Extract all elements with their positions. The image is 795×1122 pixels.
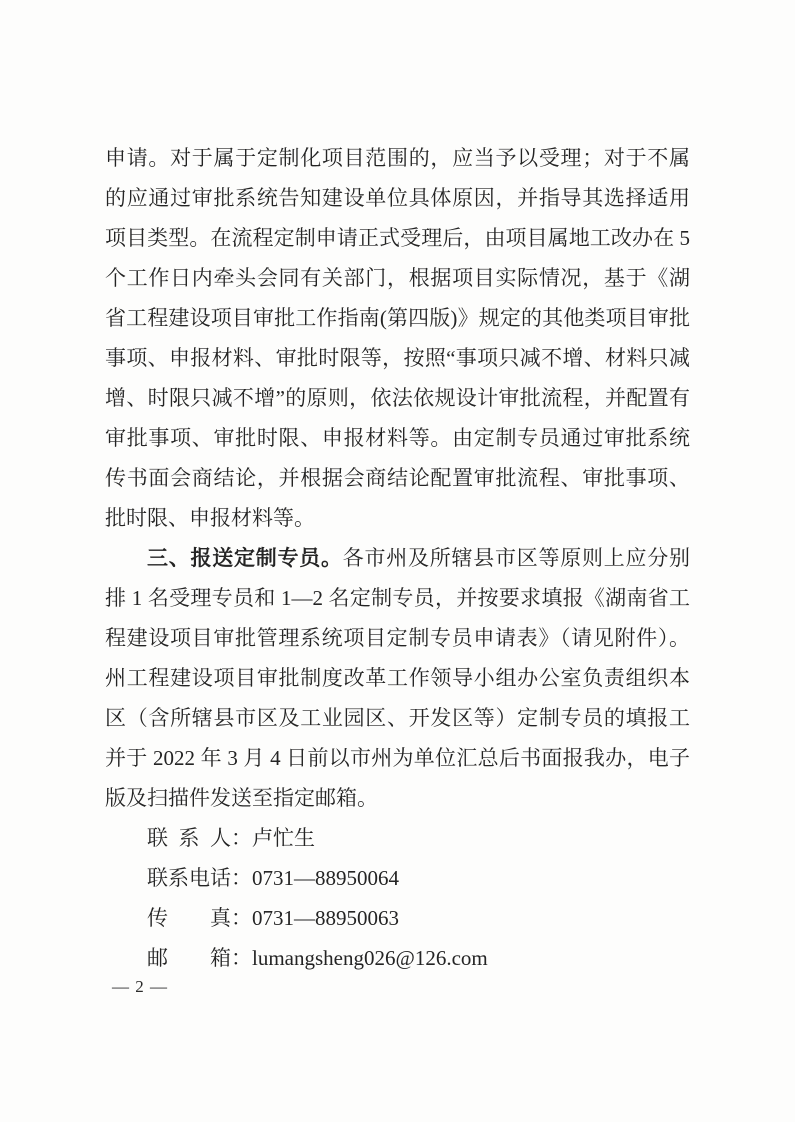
contact-colon: ： bbox=[231, 826, 252, 850]
page-number: — 2 — bbox=[112, 975, 168, 999]
body-line: 排 1 名受理专员和 1—2 名定制专员，并按要求填报《湖南省工 bbox=[105, 578, 690, 618]
body-line: 并于 2022 年 3 月 4 日前以市州为单位汇总后书面报我办，电子 bbox=[105, 738, 690, 778]
section-heading: 三、报送定制专员。 bbox=[147, 546, 343, 570]
body-line: 项目类型。在流程定制申请正式受理后，由项目属地工改办在 5 bbox=[105, 218, 690, 258]
document-body: 申请。对于属于定制化项目范围的，应当予以受理；对于不属于 的应通过审批系统告知建… bbox=[105, 138, 690, 978]
contact-line-email: 邮箱：lumangsheng026@126.com bbox=[105, 938, 690, 978]
body-line: 增、时限只减不增”的原则，依法依规设计审批流程，并配置有关 bbox=[105, 378, 690, 418]
contact-line-fax: 传真：0731—88950063 bbox=[105, 898, 690, 938]
contact-colon: ： bbox=[231, 906, 252, 930]
body-line: 省工程建设项目审批工作指南(第四版)》规定的其他类项目审批 bbox=[105, 298, 690, 338]
body-line: 传书面会商结论，并根据会商结论配置审批流程、审批事项、审 bbox=[105, 458, 690, 498]
body-line: 申请。对于属于定制化项目范围的，应当予以受理；对于不属于 bbox=[105, 138, 690, 178]
body-line: 批时限、申报材料等。 bbox=[105, 498, 690, 538]
body-line: 个工作日内牵头会同有关部门，根据项目实际情况，基于《湖南 bbox=[105, 258, 690, 298]
contact-line-person: 联系人：卢忙生 bbox=[105, 818, 690, 858]
body-line: 事项、申报材料、审批时限等，按照“事项只减不增、材料只减不 bbox=[105, 338, 690, 378]
contact-value: 卢忙生 bbox=[252, 826, 315, 850]
contact-colon: ： bbox=[231, 866, 252, 890]
body-line: 的应通过审批系统告知建设单位具体原因，并指导其选择适用的 bbox=[105, 178, 690, 218]
body-line: 版及扫描件发送至指定邮箱。 bbox=[105, 778, 690, 818]
section-heading-line: 三、报送定制专员。各市州及所辖县市区等原则上应分别安 bbox=[105, 538, 690, 578]
contact-value: 0731—88950063 bbox=[252, 906, 399, 930]
contact-label: 传真 bbox=[147, 898, 231, 938]
contact-label: 邮箱 bbox=[147, 938, 231, 978]
contact-line-phone: 联系电话：0731—88950064 bbox=[105, 858, 690, 898]
document-page: 申请。对于属于定制化项目范围的，应当予以受理；对于不属于 的应通过审批系统告知建… bbox=[0, 0, 795, 1122]
contact-colon: ： bbox=[231, 946, 252, 970]
body-line: 审批事项、审批时限、申报材料等。由定制专员通过审批系统上 bbox=[105, 418, 690, 458]
contact-value: 0731—88950064 bbox=[252, 866, 399, 890]
body-line: 程建设项目审批管理系统项目定制专员申请表》（请见附件）。市 bbox=[105, 618, 690, 658]
contact-value: lumangsheng026@126.com bbox=[252, 946, 488, 970]
body-line: 州工程建设项目审批制度改革工作领导小组办公室负责组织本地 bbox=[105, 658, 690, 698]
body-line: 区（含所辖县市区及工业园区、开发区等）定制专员的填报工作， bbox=[105, 698, 690, 738]
contact-label: 联系电话 bbox=[147, 858, 231, 898]
contact-label: 联系人 bbox=[147, 818, 231, 858]
